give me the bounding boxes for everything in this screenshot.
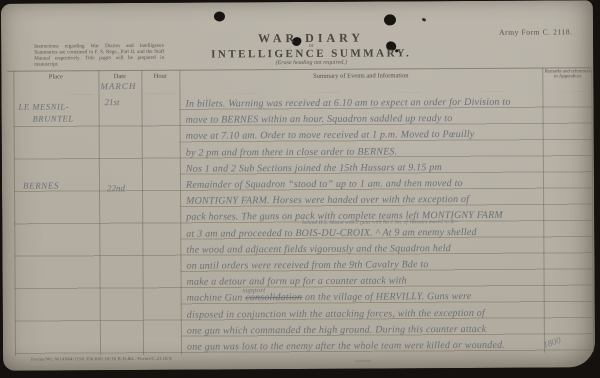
column-header-place: Place — [13, 73, 98, 81]
column-header-hour: Hour — [141, 73, 179, 80]
diary-line: Remainder of Squadron “stood to” up to 1… — [186, 177, 544, 190]
column-header-date: Date — [98, 73, 141, 80]
ruled-lines-left-columns — [13, 94, 181, 355]
diary-line: Nos 1 and 2 Sub Sections joined the 15th… — [186, 161, 544, 174]
place-entry: BRUNTEL — [33, 113, 74, 123]
diary-line: one gun was lost to the enemy after the … — [187, 339, 545, 352]
diary-line: move to BERNES within an hour. Squadron … — [186, 113, 544, 126]
handwritten-month: MARCH — [100, 81, 136, 91]
place-entry: BERNES — [23, 180, 59, 190]
photograph-background: { "form": { "number": "Army Form C. 2118… — [0, 0, 600, 378]
place-entry: LE MESNIL- — [18, 101, 69, 111]
diary-line: disposed in conjunction with the attacki… — [187, 307, 545, 320]
date-entry: 22nd — [107, 183, 125, 193]
diary-line: the wood and adjacent fields vigorously … — [186, 242, 544, 255]
diary-line: machine Gun consolidationsupport on the … — [187, 291, 545, 304]
war-diary-page: Army Form C. 2118. Instructions regardin… — [1, 0, 595, 371]
inserted-word: support — [243, 286, 266, 297]
diary-line: move at 7.10 am. Order to move received … — [186, 129, 544, 142]
diary-line: one gun which commanded the high ground.… — [187, 323, 545, 336]
diary-line: on until orders were received from the 9… — [186, 258, 544, 271]
column-header-remarks: Remarks and references to Appendices — [544, 69, 591, 80]
summary-lines: In billets. Warning was received at 6.10… — [185, 0, 547, 378]
printer-imprint: Forms/Wt. W14944/1190 350,000 10/16 B.D.… — [31, 356, 173, 362]
date-entry: 21st — [104, 97, 119, 107]
diary-line: In billets. Warning was received at 6.10… — [185, 96, 543, 109]
diary-line: make a detour and form up for a counter … — [187, 275, 545, 288]
diary-line: MONTIGNY FARM. Horses were handed over w… — [186, 194, 544, 207]
pencil-dash — [355, 361, 371, 362]
diary-line: by 2 pm and from there in close order to… — [186, 145, 544, 158]
interlinear-insertion-note: behind H.S. Mount with 2 guns with No 1 … — [302, 219, 458, 226]
diary-line: at 3 am and proceeded to BOIS-DU-CROIX. … — [186, 226, 544, 239]
